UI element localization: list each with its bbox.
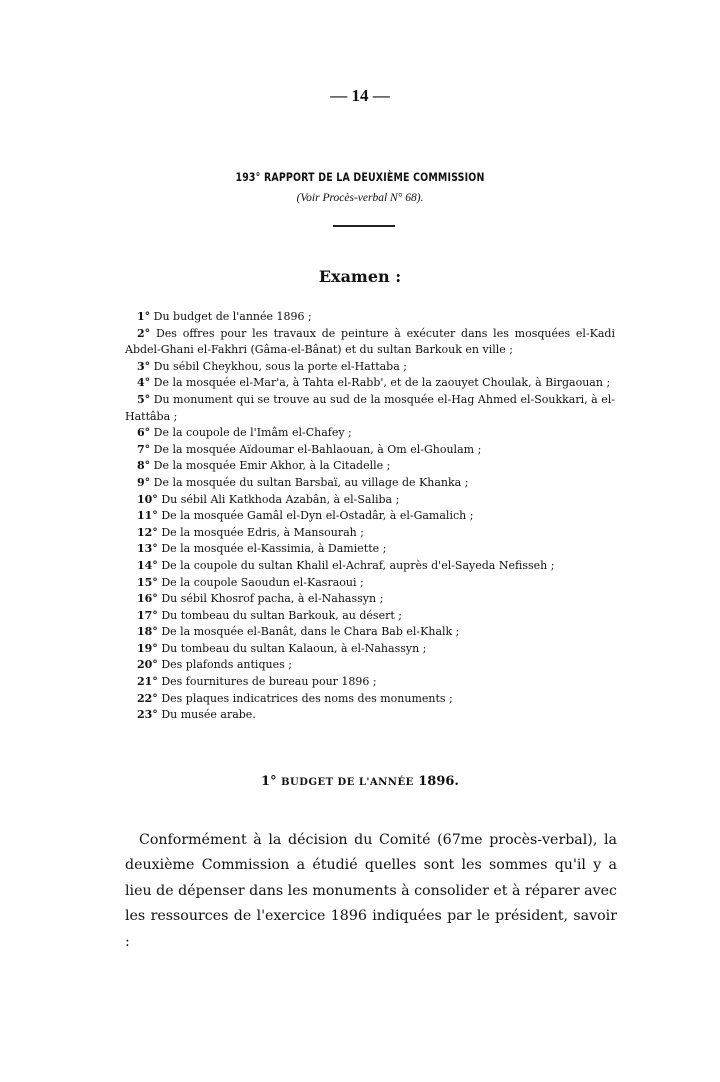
section-title: BUDGET DE L'ANNÉE [281,777,414,788]
item-text: De la mosquée el-Kassimia, à Damiette ; [161,542,386,555]
list-item: 6° De la coupole de l'Imâm el-Chafey ; [125,425,615,442]
item-number: 6° [137,426,150,439]
item-text: Du tombeau du sultan Kalaoun, à el-Nahas… [161,642,426,655]
list-item: 5° Du monument qui se trouve au sud de l… [125,392,615,425]
item-number: 5° [137,393,150,406]
item-text: Des plaques indicatrices des noms des mo… [161,692,452,705]
list-item: 9° De la mosquée du sultan Barsbaï, au v… [125,475,615,492]
list-item: 3° Du sébil Cheykhou, sous la porte el-H… [125,359,615,376]
list-item: 2° Des offres pour les travaux de peintu… [125,326,615,359]
item-text: Du sébil Cheykhou, sous la porte el-Hatt… [154,360,407,373]
item-number: 22° [137,692,158,705]
item-number: 13° [137,542,158,555]
item-number: 21° [137,675,158,688]
section-heading: 1° BUDGET DE L'ANNÉE 1896. [0,774,720,789]
list-item: 23° Du musée arabe. [125,707,615,724]
body-paragraph: Conformément à la décision du Comité (67… [125,828,617,955]
item-number: 20° [137,658,158,671]
list-item: 16° Du sébil Khosrof pacha, à el-Nahassy… [125,591,615,608]
list-item: 8° De la mosquée Emir Akhor, à la Citade… [125,458,615,475]
item-text: Des plafonds antiques ; [161,658,292,671]
item-text: De la mosquée Emir Akhor, à la Citadelle… [154,459,391,472]
list-item: 21° Des fournitures de bureau pour 1896 … [125,674,615,691]
list-item: 14° De la coupole du sultan Khalil el-Ac… [125,558,615,575]
item-number: 4° [137,376,150,389]
item-text: Du sébil Ali Katkhoda Azabân, à el-Salib… [161,493,399,506]
item-number: 14° [137,559,158,572]
item-text: De la coupole Saoudun el-Kasraoui ; [161,576,363,589]
item-number: 2° [137,327,150,340]
list-item: 20° Des plafonds antiques ; [125,657,615,674]
item-number: 12° [137,526,158,539]
item-number: 18° [137,625,158,638]
item-text: De la coupole de l'Imâm el-Chafey ; [154,426,352,439]
list-item: 1° Du budget de l'année 1896 ; [125,309,615,326]
examen-list: 1° Du budget de l'année 1896 ; 2° Des of… [125,309,615,724]
item-number: 19° [137,642,158,655]
item-number: 1° [137,310,150,323]
item-text: Des offres pour les travaux de peinture … [125,327,615,357]
item-number: 16° [137,592,158,605]
item-number: 8° [137,459,150,472]
list-item: 17° Du tombeau du sultan Barkouk, au dés… [125,608,615,625]
item-text: Du musée arabe. [161,708,256,721]
item-text: Des fournitures de bureau pour 1896 ; [161,675,376,688]
item-text: De la mosquée Gamâl el-Dyn el-Ostadâr, à… [161,509,473,522]
list-item: 22° Des plaques indicatrices des noms de… [125,691,615,708]
item-number: 7° [137,443,150,456]
list-item: 12° De la mosquée Edris, à Mansourah ; [125,525,615,542]
section-number: 1° [261,774,277,789]
divider-rule [333,225,395,227]
list-item: 19° Du tombeau du sultan Kalaoun, à el-N… [125,641,615,658]
item-number: 15° [137,576,158,589]
report-reference: (Voir Procès-verbal N° 68). [0,192,720,204]
item-text: De la coupole du sultan Khalil el-Achraf… [161,559,554,572]
item-text: Du sébil Khosrof pacha, à el-Nahassyn ; [161,592,383,605]
section-year: 1896. [418,774,459,789]
list-item: 4° De la mosquée el-Mar'a, à Tahta el-Ra… [125,375,615,392]
list-item: 18° De la mosquée el-Banât, dans le Char… [125,624,615,641]
item-text: De la mosquée du sultan Barsbaï, au vill… [154,476,469,489]
list-item: 10° Du sébil Ali Katkhoda Azabân, à el-S… [125,492,615,509]
item-number: 9° [137,476,150,489]
item-text: Du budget de l'année 1896 ; [154,310,312,323]
item-text: De la mosquée Edris, à Mansourah ; [161,526,364,539]
item-text: Du tombeau du sultan Barkouk, au désert … [161,609,402,622]
page-number: — 14 — [0,86,720,106]
examen-heading: Examen : [0,267,720,286]
item-text: De la mosquée Aïdoumar el-Bahlaouan, à O… [154,443,482,456]
item-number: 17° [137,609,158,622]
item-number: 10° [137,493,158,506]
list-item: 7° De la mosquée Aïdoumar el-Bahlaouan, … [125,442,615,459]
list-item: 11° De la mosquée Gamâl el-Dyn el-Ostadâ… [125,508,615,525]
list-item: 15° De la coupole Saoudun el-Kasraoui ; [125,575,615,592]
item-text: Du monument qui se trouve au sud de la m… [125,393,615,423]
item-text: De la mosquée el-Banât, dans le Chara Ba… [161,625,459,638]
item-number: 23° [137,708,158,721]
report-title: 193° RAPPORT DE LA DEUXIÈME COMMISSION [65,170,655,184]
item-text: De la mosquée el-Mar'a, à Tahta el-Rabb'… [154,376,611,389]
item-number: 3° [137,360,150,373]
item-number: 11° [137,509,158,522]
list-item: 13° De la mosquée el-Kassimia, à Damiett… [125,541,615,558]
